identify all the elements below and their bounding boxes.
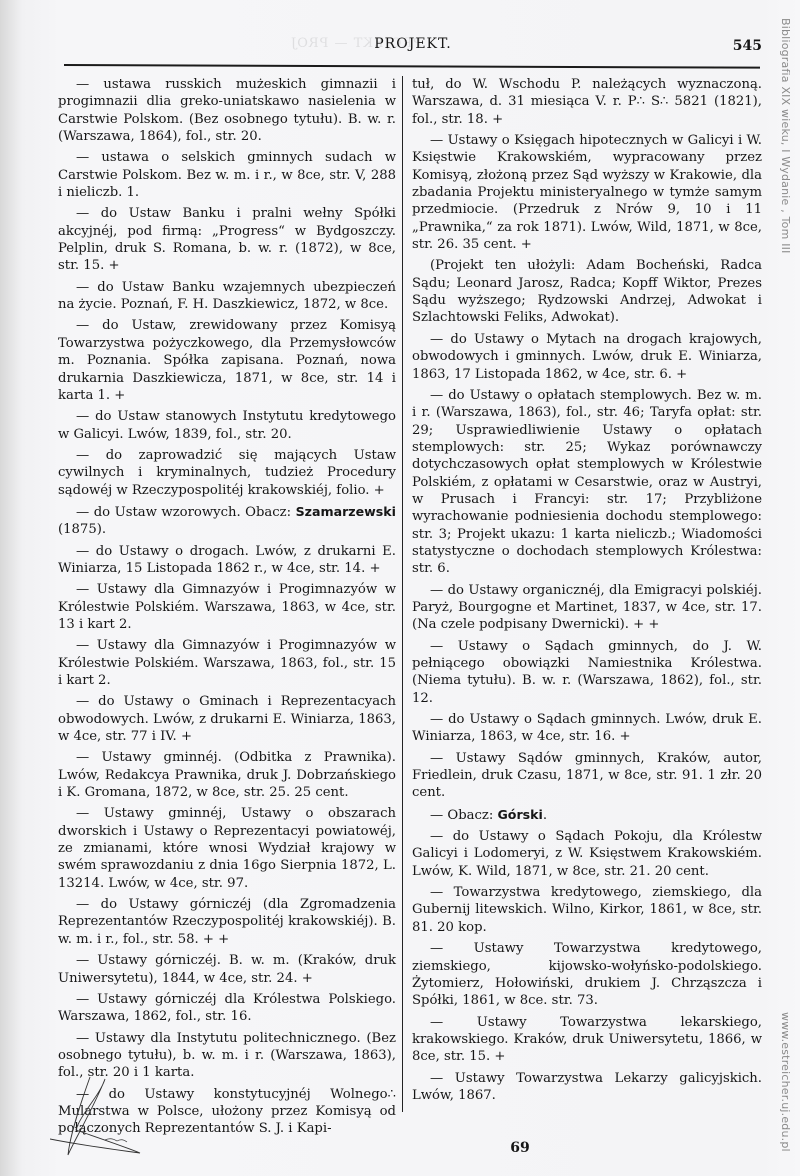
entry: — Ustawy Towarzystwa lekarskiego, krakow… xyxy=(412,1014,762,1066)
running-title: PROJEKT. xyxy=(66,36,760,52)
entry: — do Ustawy o Sądach gminnych. Lwów, dru… xyxy=(412,711,762,746)
entry-note: (Projekt ten ułożyli: Adam Bocheński, Ra… xyxy=(412,257,762,326)
entry-text: — do Ustaw wzorowych. Obacz: xyxy=(76,505,296,520)
entry: — Ustawy Towarzystwa kredytowego, ziemsk… xyxy=(412,940,762,1009)
entry: — Ustawy górniczéj. B. w. m. (Kraków, dr… xyxy=(58,952,396,987)
entry: — do Ustaw, zrewidowany przez Komisyą To… xyxy=(58,317,396,404)
entry: — do Ustawy o drogach. Lwów, z drukarni … xyxy=(58,543,396,578)
entry: — do Ustawy o opłatach stemplowych. Bez … xyxy=(412,387,762,578)
entry: — Ustawy o Księgach hipotecznych w Galic… xyxy=(412,132,762,253)
scanned-book-page: PROJEKT — PROJ PROJEKT. 545 — ustawa rus… xyxy=(0,0,800,1176)
page-number: 545 xyxy=(733,38,762,54)
running-head: PROJEKT. 545 xyxy=(66,34,760,58)
entry: — Ustawy Towarzystwa Lekarzy galicyjskic… xyxy=(412,1070,762,1105)
entry: — ustawa o selskich gminnych sudach w Ca… xyxy=(58,149,396,201)
entry-continuation: tuł, do W. Wschodu P. należących wyznacz… xyxy=(412,76,762,128)
entry: — do Ustaw Banku i pralni wełny Spółki a… xyxy=(58,205,396,274)
entry: — do Ustaw Banku wzajemnych ubezpieczeń … xyxy=(58,279,396,314)
entry: — Ustawy o Sądach gminnych, do J. W. peł… xyxy=(412,638,762,707)
header-rule xyxy=(64,64,760,69)
entry: — Ustawy gminnéj. (Odbitka z Prawnika). … xyxy=(58,749,396,801)
entry: — do Ustawy organicznéj, dla Emigracyi p… xyxy=(412,582,762,634)
entry: — do Ustaw stanowych Instytutu kredytowe… xyxy=(58,408,396,443)
entry-with-cross-reference: — Obacz: Górski. xyxy=(412,806,762,824)
entry: — do Ustawy o Gminach i Reprezentacyach … xyxy=(58,693,396,745)
handwritten-signature-icon xyxy=(50,1075,160,1165)
entry: — Ustawy gminnéj, Ustawy o obszarach dwo… xyxy=(58,805,396,892)
cross-reference-link[interactable]: Szamarzewski xyxy=(296,504,396,519)
column-divider xyxy=(402,76,403,1112)
entry: — Ustawy dla Gimnazyów i Progimnazyów w … xyxy=(58,637,396,689)
entry: — Ustawy dla Instytutu politechnicznego.… xyxy=(58,1030,396,1082)
entry: — Ustawy dla Gimnazyów i Progimnazyów w … xyxy=(58,581,396,633)
entry-text-after: . xyxy=(543,808,547,823)
entry: — do zaprowadzić się mających Ustaw cywi… xyxy=(58,447,396,499)
watermark-title: Bibliografia XIX wieku, I Wydanie , Tom … xyxy=(779,18,792,254)
entry: — Towarzystwa kredytowego, ziemskiego, d… xyxy=(412,884,762,936)
left-column: — ustawa russkich mużeskich gimnazii i p… xyxy=(58,76,396,1142)
entry-with-cross-reference: — do Ustaw wzorowych. Obacz: Szamarzewsk… xyxy=(58,503,396,539)
entry: — Ustawy Sądów gminnych, Kraków, autor, … xyxy=(412,750,762,802)
cross-reference-link[interactable]: Górski xyxy=(497,807,542,822)
watermark-url: www.estreicher.uj.edu.pl xyxy=(779,1012,792,1152)
entry: — Ustawy górniczéj dla Królestwa Polskie… xyxy=(58,991,396,1026)
right-column: tuł, do W. Wschodu P. należących wyznacz… xyxy=(412,76,762,1108)
entry: — ustawa russkich mużeskich gimnazii i p… xyxy=(58,76,396,145)
entry: — do Ustawy o Mytach na drogach krajowyc… xyxy=(412,331,762,383)
entry-text-after: (1875). xyxy=(58,522,106,537)
entry-text: — Obacz: xyxy=(430,808,497,823)
entry: — do Ustawy o Sądach Pokoju, dla Królest… xyxy=(412,828,762,880)
entry: — do Ustawy górniczéj (dla Zgromadzenia … xyxy=(58,896,396,948)
